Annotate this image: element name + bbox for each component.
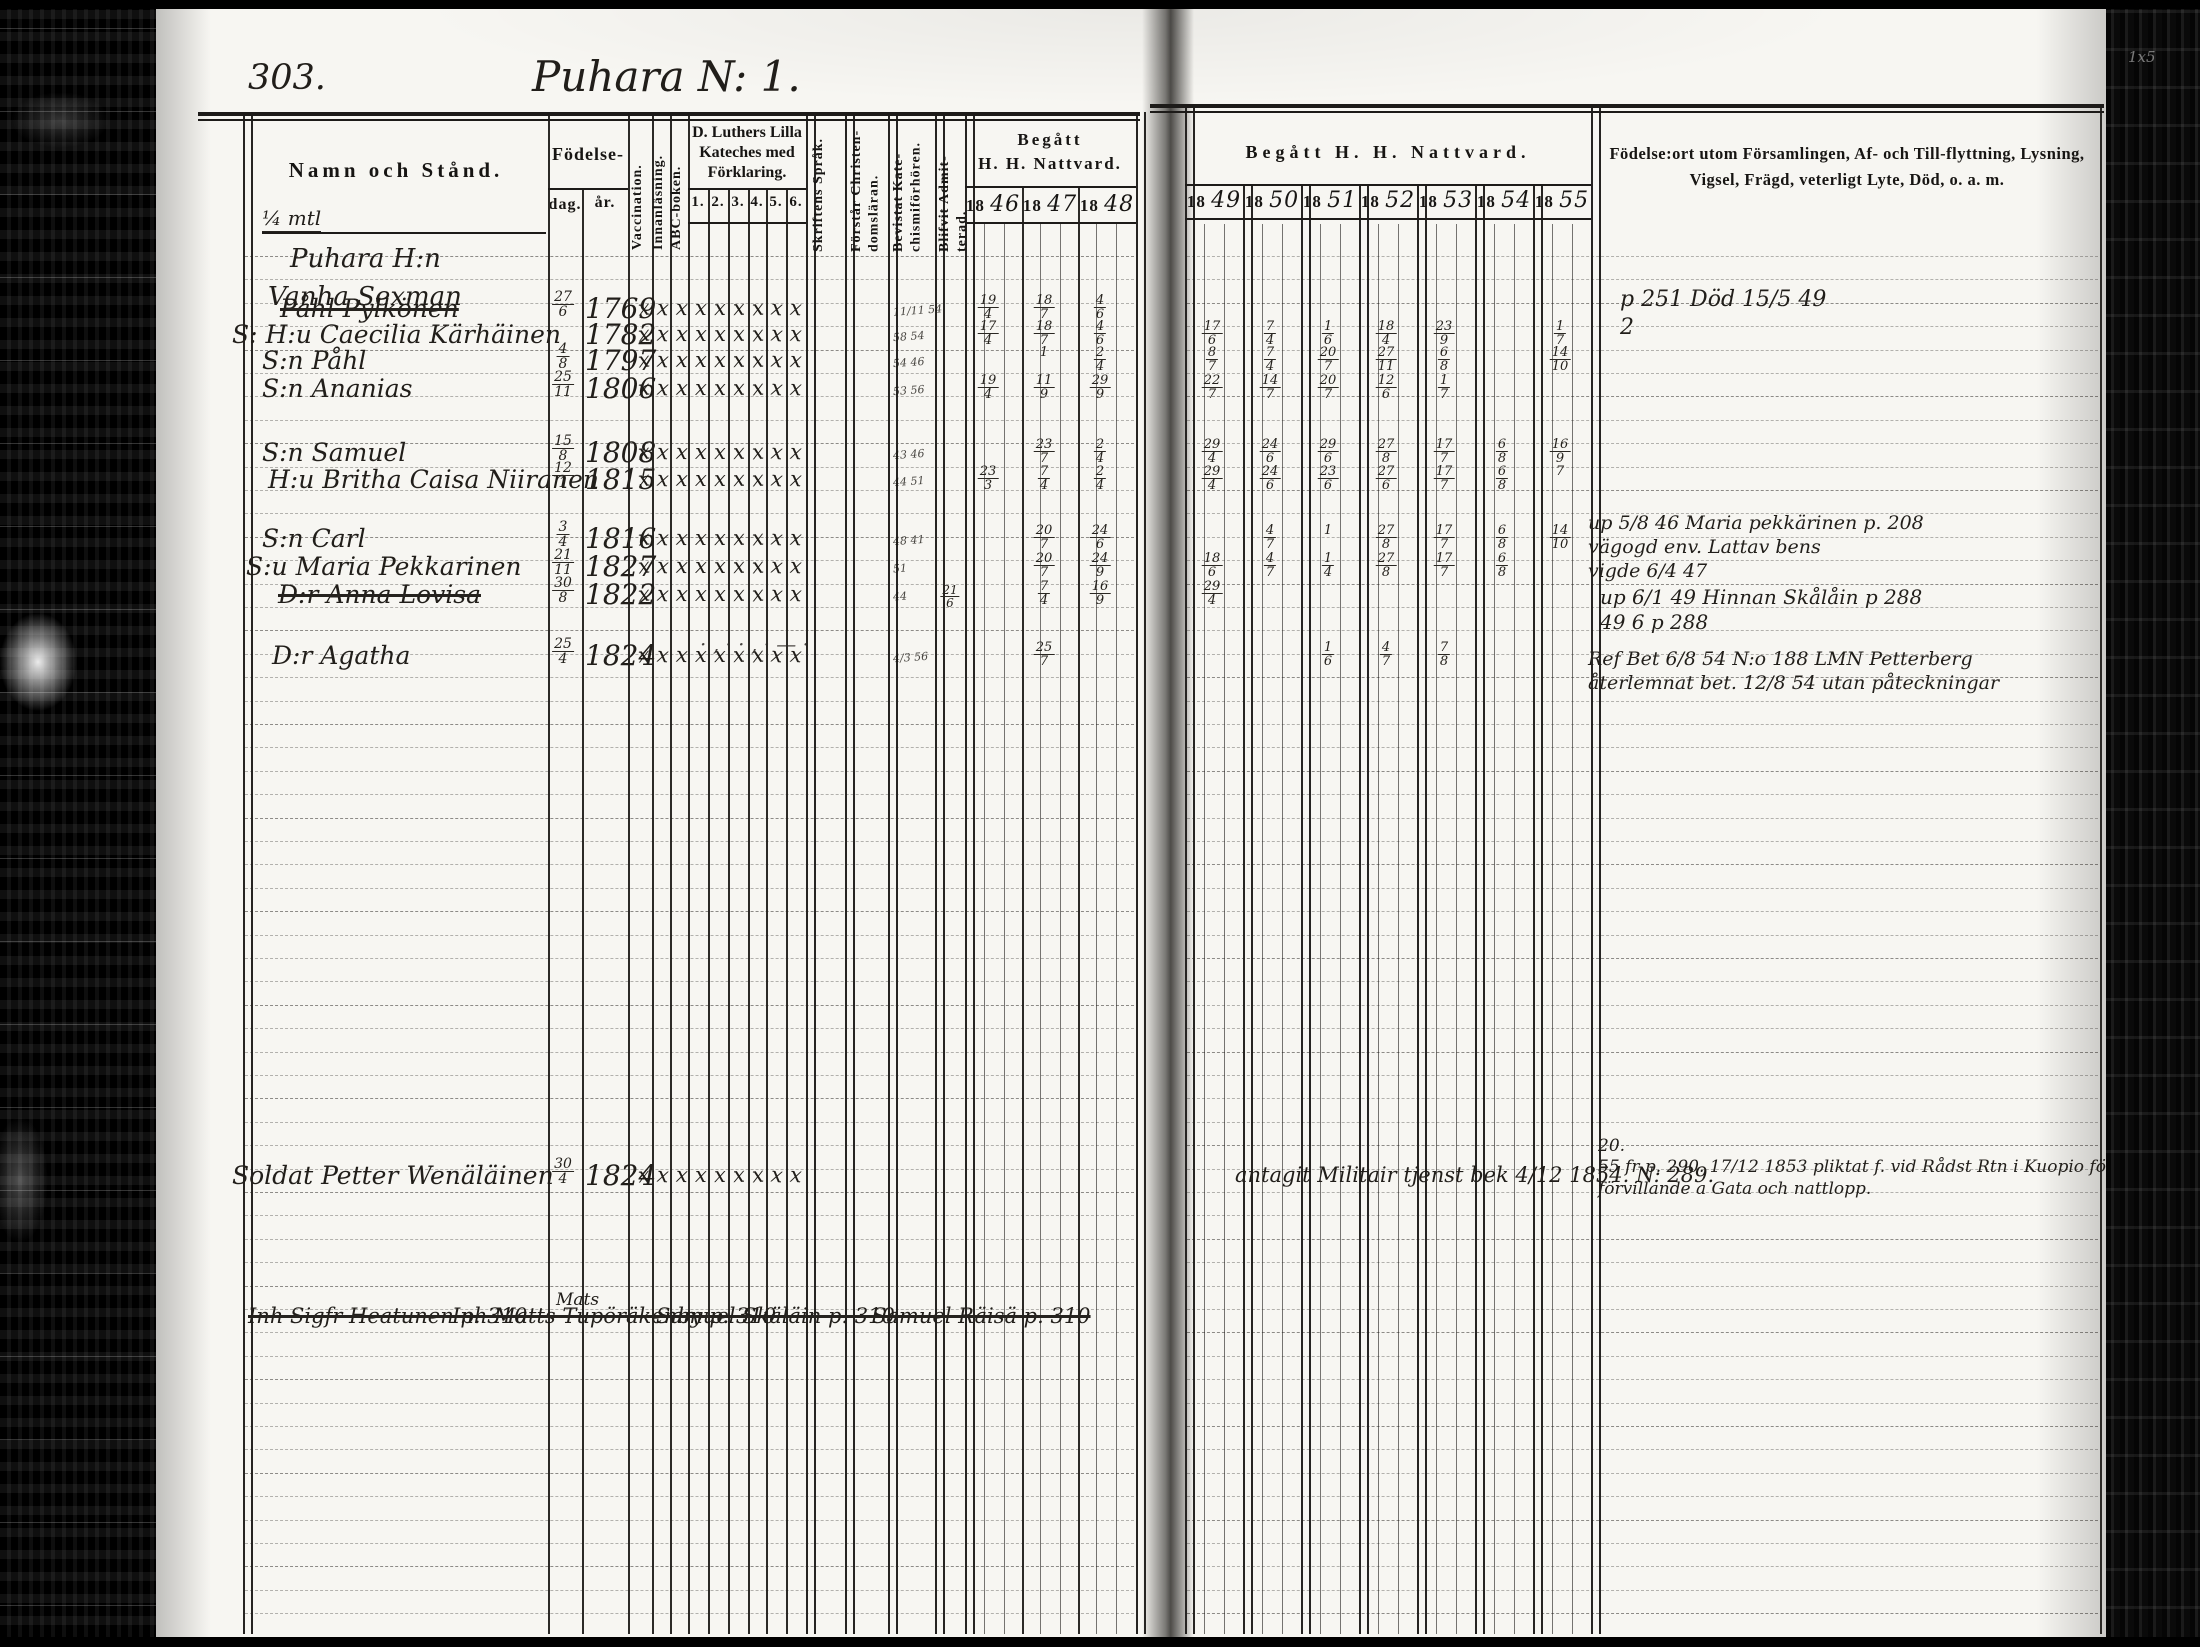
row-line: [245, 1543, 1134, 1544]
reading-check-mark: x: [789, 296, 802, 321]
communion-mark: 1410: [1550, 346, 1571, 374]
grid-horizontal-rule: [1150, 111, 2104, 113]
row-line: [245, 1028, 1134, 1029]
communion-left-header-line2: H. H. Nattvard.: [978, 154, 1122, 174]
reading-check-mark: x: [751, 322, 765, 347]
reading-check-mark: x: [770, 321, 784, 346]
row-line: [1187, 1543, 2098, 1544]
margin-annotation-line: up 5/8 46 Maria pekkärinen p. 208: [1588, 512, 1924, 536]
communion-mark: 7: [1556, 465, 1564, 478]
reading-check-mark: x: [732, 348, 745, 373]
year-handwritten-digits: 51: [1327, 188, 1357, 213]
row-line: [1187, 1262, 2098, 1263]
row-line: [245, 537, 1134, 538]
row-line: [245, 958, 1134, 959]
row-line: [245, 1332, 1134, 1333]
row-line: [245, 841, 1134, 842]
row-line: [245, 818, 1134, 819]
rotated-column-header: Förstår Christen- domsläran.: [848, 118, 888, 252]
margin-annotation-line: återlemnat bet. 12/8 54 utan påteckninga…: [1588, 672, 1999, 696]
row-line: [245, 1052, 1134, 1053]
communion-right-header: Begått H. H. Nattvard.: [1246, 142, 1531, 163]
row-line: [1187, 1005, 2098, 1006]
reading-check-mark: x: [675, 376, 688, 401]
communion-mark: 68: [1496, 465, 1508, 493]
grid-vertical-rule: [1301, 185, 1311, 1634]
row-line: [1187, 1566, 2098, 1567]
reading-check-mark: x: [714, 296, 726, 320]
communion-mark: 1: [1040, 346, 1048, 359]
year-handwritten-digits: 47: [1047, 192, 1077, 217]
ledger-spread: [156, 9, 2106, 1637]
reading-check-mark: x: [675, 554, 688, 579]
admitted-note: 216: [940, 584, 959, 609]
row-line: [1187, 1473, 2098, 1474]
notes-column-header-line1: Födelse:ort utom Församlingen, Af- och T…: [1609, 144, 2084, 164]
communion-mark: 194: [978, 294, 999, 322]
row-line: [1187, 935, 2098, 936]
reading-check-mark: x: [656, 554, 670, 579]
reading-check-mark: x: [789, 440, 802, 465]
communion-mark: 169: [1090, 580, 1111, 608]
grid-vertical-rule: [965, 112, 975, 1634]
grid-vertical-rule: [1456, 224, 1457, 1634]
kateches-sub-number: 3.: [731, 194, 744, 211]
grid-vertical-rule: [845, 112, 855, 1634]
communion-mark: 246: [1260, 465, 1281, 493]
reading-check-mark: x: [714, 322, 726, 346]
reading-check-mark: x: [732, 440, 745, 465]
reading-check-mark: x: [637, 525, 651, 550]
row-line: [245, 1449, 1134, 1450]
row-line: [245, 1473, 1134, 1474]
rotated-column-header: ABC-boken.: [668, 120, 688, 250]
grid-vertical-rule: [1475, 185, 1485, 1634]
communion-mark: 257: [1034, 641, 1055, 669]
reading-check-mark: x: [637, 642, 651, 667]
row-line: [245, 256, 1134, 257]
reading-check-mark: x: [751, 296, 765, 321]
rotated-column-header: Blifvit Admit- terad.: [936, 118, 964, 252]
year-handwritten-digits: 55: [1559, 188, 1589, 213]
row-line: [245, 794, 1134, 795]
catechism-exam-note: 54 46: [893, 355, 925, 370]
communion-mark: 47: [1264, 524, 1276, 552]
communion-mark: 187: [1034, 294, 1055, 322]
reading-check-mark: x: [675, 440, 688, 465]
row-line: [245, 724, 1134, 725]
reading-check-mark: x: [714, 376, 726, 400]
communion-mark: 294: [1202, 438, 1223, 466]
margin-annotation-line: vägogd env. Lattav bens: [1588, 536, 1924, 560]
communion-mark: 174: [978, 320, 999, 348]
row-line: [1187, 1590, 2098, 1591]
rotated-column-header: Vaccination.: [629, 120, 651, 250]
entry-name: S: H:u Caecilia Kärhäinen: [232, 320, 561, 349]
catechism-exam-note: 48 41: [893, 533, 925, 548]
film-top-band: [0, 0, 2200, 9]
grid-vertical-rule: [1262, 224, 1263, 1634]
row-line: [1187, 1496, 2098, 1497]
row-line: [245, 1075, 1134, 1076]
row-line: [1187, 1052, 2098, 1053]
reading-check-mark: x: [789, 348, 802, 373]
reading-check-mark: x: [637, 553, 651, 578]
row-line: [245, 1590, 1134, 1591]
communion-mark: 296: [1318, 438, 1339, 466]
kateches-sub-number: 1.: [691, 194, 704, 211]
grid-vertical-rule: [806, 112, 816, 1634]
reading-check-mark: x: [656, 440, 670, 465]
kateches-header-line2: Kateches med: [699, 144, 795, 162]
reading-check-mark: x: [695, 440, 707, 464]
grid-horizontal-rule: [688, 188, 806, 190]
row-line: [245, 1122, 1134, 1123]
communion-mark: 294: [1202, 580, 1223, 608]
kateches-sub-number: 6.: [789, 194, 802, 211]
communion-mark: 294: [1202, 465, 1223, 493]
reading-check-mark: x: [751, 1163, 765, 1188]
entry-name: D:r Agatha: [272, 641, 410, 670]
grid-vertical-rule: [1417, 185, 1427, 1634]
reading-check-mark: x: [789, 1163, 802, 1188]
grid-vertical-rule: [1060, 224, 1061, 1634]
row-line: [1187, 1309, 2098, 1310]
entry-name: S:u Maria Pekkarinen: [246, 552, 522, 581]
grid-vertical-rule: [1572, 224, 1573, 1634]
catechism-exam-note: 43 46: [893, 447, 925, 462]
communion-mark: 276: [1376, 465, 1397, 493]
grid-horizontal-rule: [1185, 218, 1591, 220]
entry-name: S:n Påhl: [262, 346, 366, 375]
rotated-column-header: Innanläsning.: [650, 120, 670, 250]
grid-horizontal-rule: [1150, 104, 2104, 108]
margin-annotation: p 251 Död 15/5 492: [1620, 286, 1826, 341]
reading-check-mark: x: [695, 582, 707, 606]
reading-check-mark: x: [770, 1162, 784, 1187]
reading-check-mark: x: [656, 296, 670, 321]
margin-annotation: up 5/8 46 Maria pekkärinen p. 208vägogd …: [1588, 512, 1924, 583]
reading-check-mark: x: [714, 526, 726, 550]
communion-mark: 207: [1034, 524, 1055, 552]
row-line: [1187, 724, 2098, 725]
communion-mark: 24: [1094, 346, 1106, 374]
reading-check-mark: x: [751, 643, 765, 668]
birth-day-subheader: dag.: [549, 196, 582, 214]
communion-mark: 68: [1438, 346, 1450, 374]
grid-vertical-rule: [1204, 224, 1205, 1634]
row-line: [1187, 701, 2098, 702]
birth-year-subheader: år.: [595, 194, 616, 212]
reading-check-mark: x: [732, 643, 745, 668]
communion-mark: 126: [1376, 374, 1397, 402]
reading-check-mark: x: [789, 526, 802, 551]
year-handwritten-digits: 49: [1211, 188, 1241, 213]
row-line: [1187, 1449, 2098, 1450]
reading-check-mark: x: [789, 554, 802, 579]
reading-check-mark: x: [695, 296, 707, 320]
margin-annotation: up 6/1 49 Hinnan Skålåin p 288 49 6 p 28…: [1600, 585, 1922, 635]
reading-check-mark: x: [789, 467, 802, 492]
reading-check-mark: x: [637, 375, 651, 400]
entry-name: S:n Samuel: [262, 438, 406, 467]
grid-vertical-rule: [1359, 185, 1369, 1634]
grid-horizontal-rule: [262, 232, 546, 234]
name-column-header: Namn och Stånd.: [289, 158, 504, 183]
year-handwritten-digits: 50: [1269, 188, 1299, 213]
reading-check-mark: x: [714, 1163, 726, 1187]
reading-check-mark: x: [637, 466, 651, 491]
reading-check-mark: x: [732, 554, 745, 579]
reading-check-mark: x: [637, 347, 651, 372]
communion-mark: 207: [1318, 346, 1339, 374]
entry-name: S:n Carl: [262, 524, 366, 553]
year-handwritten-digits: 48: [1104, 192, 1134, 217]
rotated-column-header: Bevistat Kate- chismiförhören.: [890, 118, 932, 252]
communion-mark: 177: [1434, 552, 1455, 580]
reading-check-mark: x: [695, 643, 707, 667]
row-line: [245, 630, 1134, 631]
reading-check-mark: x: [789, 643, 802, 668]
grid-vertical-rule: [935, 112, 945, 1634]
reading-check-mark: x: [675, 348, 688, 373]
row-line: [245, 1379, 1134, 1380]
row-line: [1187, 771, 2098, 772]
entry-name: S:n Ananias: [262, 374, 413, 403]
communion-mark: 299: [1090, 374, 1111, 402]
grid-vertical-rule: [1004, 224, 1005, 1634]
communion-mark: 46: [1094, 320, 1106, 348]
row-line: [245, 350, 1134, 351]
kateches-sub-number: 4.: [750, 194, 763, 211]
communion-mark: 119: [1034, 374, 1055, 402]
birth-day: 2111: [552, 548, 574, 578]
row-line: [245, 888, 1134, 889]
reading-check-mark: x: [656, 1163, 670, 1188]
reading-check-mark: x: [695, 1163, 707, 1187]
entry-name: D:r Anna Lovisa: [278, 580, 481, 609]
reading-check-mark: x: [695, 322, 707, 346]
communion-mark: 74: [1264, 346, 1276, 374]
reading-check-mark: x: [675, 582, 688, 607]
communion-year-right: 18 50: [1245, 188, 1299, 213]
row-line: [1187, 1379, 2098, 1380]
row-line: [1187, 420, 2098, 421]
birth-column-header: Födelse-: [552, 144, 624, 165]
communion-mark: 87: [1206, 346, 1218, 374]
reading-check-mark: x: [695, 554, 707, 578]
birth-day: 304: [552, 1157, 574, 1187]
row-line: [1187, 256, 2098, 257]
reading-check-mark: x: [751, 467, 765, 492]
communion-mark: 249: [1090, 552, 1111, 580]
row-line: [1187, 1356, 2098, 1357]
communion-mark: 74: [1264, 320, 1276, 348]
catechism-exam-note: 44: [893, 590, 908, 604]
row-line: [245, 1145, 1134, 1146]
reading-check-mark: x: [732, 1163, 745, 1188]
reading-check-mark: x: [637, 1162, 651, 1187]
reading-check-mark: x: [675, 643, 688, 668]
communion-mark: 187: [1034, 320, 1055, 348]
reading-check-mark: x: [637, 321, 651, 346]
communion-mark: 24: [1094, 438, 1106, 466]
reading-check-mark: x: [675, 1163, 688, 1188]
reading-check-mark: x: [770, 553, 784, 578]
kateches-header-line1: D. Luthers Lilla: [692, 124, 802, 142]
communion-mark: 177: [1434, 524, 1455, 552]
reading-check-mark: x: [751, 554, 765, 579]
page-number: 303.: [248, 58, 326, 98]
birth-day: 121: [552, 461, 574, 491]
farm-mantal: ¼ mtl: [262, 206, 321, 233]
communion-mark: 16: [1322, 320, 1334, 348]
entry-name: H:u Britha Caisa Niiranen: [268, 465, 599, 494]
communion-mark: 246: [1090, 524, 1111, 552]
grid-vertical-rule: [670, 112, 672, 1634]
reading-check-mark: x: [751, 440, 765, 465]
reading-check-mark: x: [770, 439, 784, 464]
communion-mark: 169: [1550, 438, 1571, 466]
communion-year-right: 18 54: [1477, 188, 1531, 213]
reading-check-mark: x: [770, 525, 784, 550]
reading-check-mark: x: [770, 347, 784, 372]
row-line: [245, 1262, 1134, 1263]
communion-year-right: 18 55: [1535, 188, 1589, 213]
row-line: [245, 701, 1134, 702]
year-handwritten-digits: 54: [1501, 188, 1531, 213]
communion-mark: 1410: [1550, 524, 1571, 552]
bottom-line-entry: Samuel Räisä p. 310: [872, 1304, 1091, 1328]
margin-annotation: Ref Bet 6/8 54 N:o 188 LMN Petterbergåte…: [1588, 648, 1999, 696]
row-line: [245, 747, 1134, 748]
row-line: [245, 911, 1134, 912]
communion-mark: 1: [1324, 524, 1332, 537]
row-line: [245, 1566, 1134, 1567]
communion-mark: 47: [1264, 552, 1276, 580]
row-line: [1187, 1403, 2098, 1404]
reading-check-mark: x: [656, 643, 670, 668]
year-handwritten-digits: 46: [990, 192, 1020, 217]
grid-vertical-rule: [688, 112, 690, 1634]
grid-horizontal-rule: [198, 112, 1140, 116]
grid-vertical-rule: [984, 224, 985, 1634]
bottom-line-entry: Samuel Skäläin p. 310: [656, 1304, 895, 1328]
kateches-sub-number: 2.: [711, 194, 724, 211]
communion-year-right: 18 52: [1361, 188, 1415, 213]
row-line: [245, 1192, 1134, 1193]
row-line: [245, 1520, 1134, 1521]
row-line: [245, 677, 1134, 678]
communion-mark: 177: [1434, 438, 1455, 466]
grid-vertical-rule: [1398, 224, 1399, 1634]
communion-mark: 207: [1318, 374, 1339, 402]
row-line: [1187, 1239, 2098, 1240]
grid-vertical-rule: [1224, 224, 1225, 1634]
reading-check-mark: x: [695, 376, 707, 400]
communion-mark: 227: [1202, 374, 1223, 402]
communion-mark: 24: [1094, 465, 1106, 493]
reading-check-mark: x: [789, 582, 802, 607]
reading-check-mark: x: [732, 322, 745, 347]
kateches-header-line3: Förklaring.: [708, 164, 787, 182]
row-line: [245, 1613, 1134, 1614]
reading-check-mark: x: [656, 526, 670, 551]
margin-annotation-line: p 251 Död 15/5 49: [1620, 286, 1826, 314]
row-line: [245, 1286, 1134, 1287]
communion-mark: 194: [978, 374, 999, 402]
communion-mark: 14: [1322, 552, 1334, 580]
catechism-exam-note: 58 54: [893, 329, 925, 344]
reading-check-mark: x: [732, 467, 745, 492]
grid-vertical-rule: [1243, 185, 1253, 1634]
reading-check-mark: x: [751, 526, 765, 551]
grid-vertical-rule: [1116, 224, 1117, 1634]
grid-vertical-rule: [1494, 224, 1495, 1634]
reading-check-mark: x: [770, 581, 784, 606]
reading-check-mark: x: [714, 348, 726, 372]
row-line: [1187, 1098, 2098, 1099]
reading-check-mark: x: [732, 582, 745, 607]
reading-check-mark: x: [656, 322, 670, 347]
reading-check-mark: x: [770, 642, 784, 667]
reading-check-mark: x: [637, 295, 651, 320]
row-line: [1187, 864, 2098, 865]
row-line: [245, 1239, 1134, 1240]
film-scan-frame: 303. Puhara N: 1. Namn och Stånd. Födels…: [0, 0, 2200, 1647]
communion-mark: 47: [1380, 641, 1392, 669]
grid-horizontal-rule: [965, 186, 1136, 188]
communion-mark: 246: [1260, 438, 1281, 466]
reading-check-mark: x: [695, 467, 707, 491]
grid-vertical-rule: [1282, 224, 1283, 1634]
grid-vertical-rule: [2100, 108, 2102, 1634]
grid-vertical-rule: [1533, 185, 1543, 1634]
year-handwritten-digits: 52: [1385, 188, 1415, 213]
reading-check-mark: x: [751, 582, 765, 607]
reading-check-mark: x: [714, 440, 726, 464]
reading-check-mark: x: [695, 526, 707, 550]
grid-horizontal-rule: [688, 222, 806, 224]
row-line: [1187, 1286, 2098, 1287]
rotated-column-header: Skriftens Språk.: [810, 118, 842, 252]
row-line: [1187, 1028, 2098, 1029]
communion-mark: 176: [1202, 320, 1223, 348]
margin-annotation-line: up 6/1 49 Hinnan Skålåin p 288: [1600, 585, 1922, 610]
row-line: [1187, 1215, 2098, 1216]
row-line: [1187, 1426, 2098, 1427]
communion-mark: 46: [1094, 294, 1106, 322]
birth-day: 48: [557, 342, 570, 372]
row-line: [1187, 888, 2098, 889]
reading-check-mark: x: [732, 526, 745, 551]
communion-mark: 74: [1038, 580, 1050, 608]
row-line: [1187, 794, 2098, 795]
row-line: [1187, 279, 2098, 280]
communion-mark: 74: [1038, 465, 1050, 493]
communion-mark: 68: [1496, 438, 1508, 466]
year-handwritten-digits: 53: [1443, 188, 1473, 213]
film-frame-mark: 1x5: [2128, 48, 2156, 66]
catechism-exam-note: 44 51: [893, 474, 925, 489]
row-line: [245, 513, 1134, 514]
communion-mark: 177: [1434, 465, 1455, 493]
farm-heading: Puhara H:n: [290, 244, 441, 274]
row-line: [1187, 1613, 2098, 1614]
reading-check-mark: x: [637, 439, 651, 464]
row-line: [245, 771, 1134, 772]
communion-year-right: 18 53: [1419, 188, 1473, 213]
